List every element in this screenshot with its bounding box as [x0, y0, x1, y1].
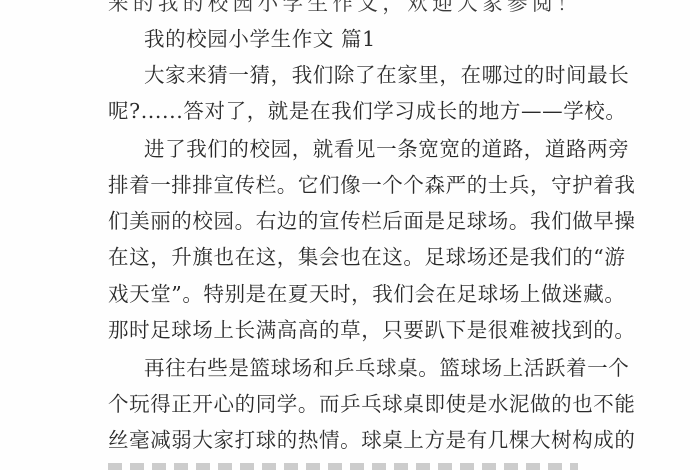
- paragraph-3-line-3: 丝毫减弱大家打球的热情。球桌上方是有几棵大树构成的: [108, 425, 578, 455]
- paragraph-2-line-6: 那时足球场上长满高高的草，只要趴下是很难被找到的。: [108, 315, 578, 345]
- essay-heading: 我的校园小学生作文 篇1: [144, 24, 376, 54]
- paragraph-2-line-5: 戏天堂”。特别是在夏天时，我们会在足球场上做迷藏。: [108, 279, 578, 309]
- paragraph-1-line-2: 呢?......答对了，就是在我们学习成长的地方——学校。: [108, 96, 578, 126]
- clipped-text-line: [108, 463, 578, 470]
- document-page: 来的我的校园小学生作文，欢迎大家参阅！ 我的校园小学生作文 篇1 大家来猜一猜，…: [0, 0, 700, 470]
- paragraph-2-line-3: 们美丽的校园。右边的宣传栏后面是足球场。我们做早操: [108, 206, 578, 236]
- paragraph-2-line-2: 排着一排排宣传栏。它们像一个个森严的士兵，守护着我: [108, 170, 578, 200]
- paragraph-3-line-2: 个玩得正开心的同学。而乒乓球桌即使是水泥做的也不能: [108, 389, 578, 419]
- paragraph-2-line-4: 在这，升旗也在这，集会也在这。足球场还是我们的“游: [108, 242, 578, 272]
- paragraph-3-line-1: 再往右些是篮球场和乒乓球桌。篮球场上活跃着一个: [144, 353, 578, 383]
- paragraph-1-line-1: 大家来猜一猜，我们除了在家里，在哪过的时间最长: [144, 60, 578, 90]
- paragraph-2-line-1: 进了我们的校园，就看见一条宽宽的道路，道路两旁: [144, 134, 578, 164]
- intro-tail-line: 来的我的校园小学生作文，欢迎大家参阅！: [108, 0, 578, 18]
